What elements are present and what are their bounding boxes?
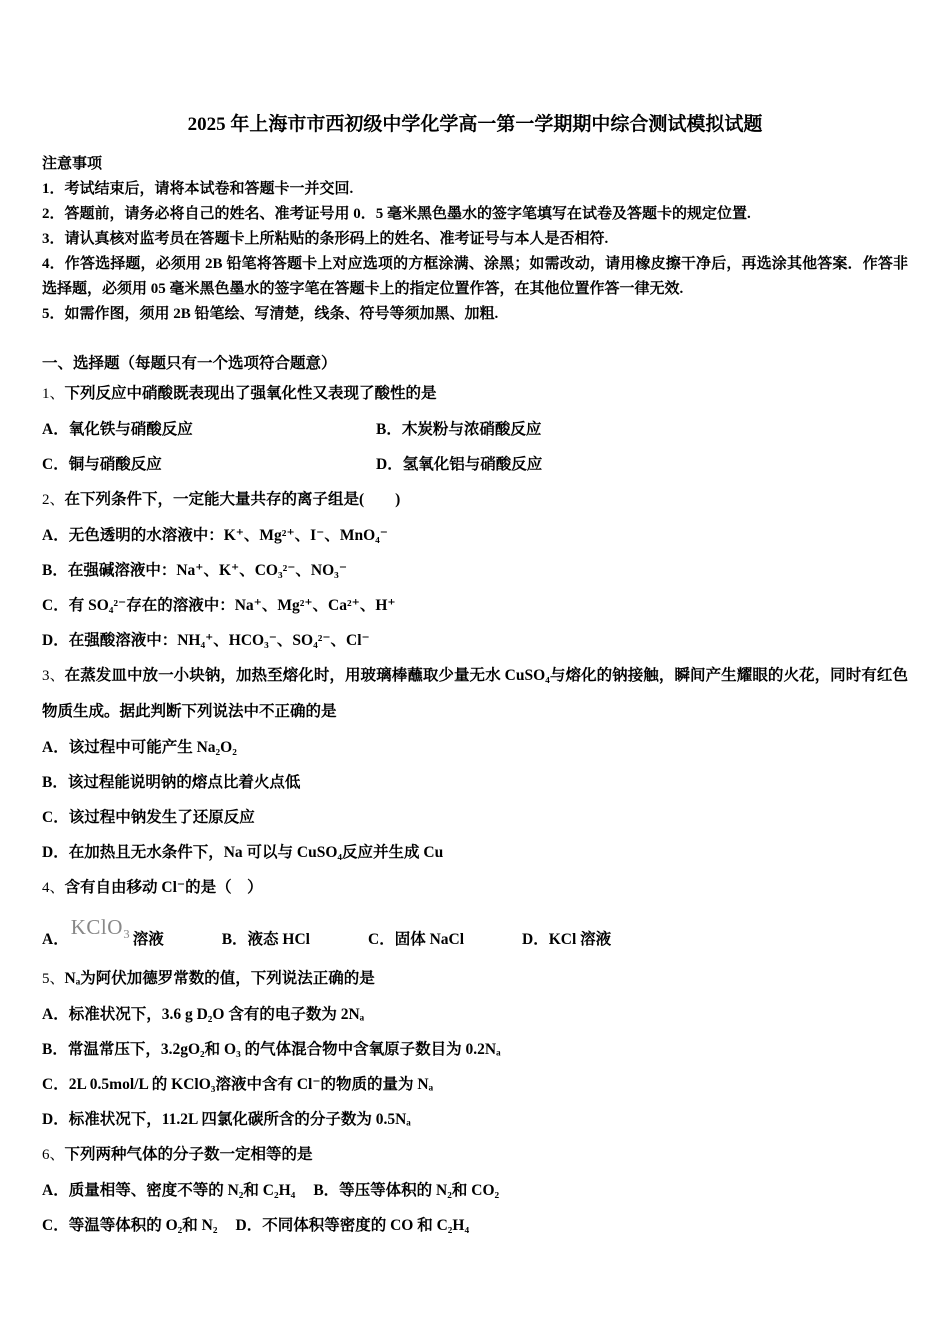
kclo3-formula: KClO₃ — [71, 915, 131, 939]
question-4-options: A．KClO₃溶液B．液态 HClC．固体 NaClD．KCl 溶液 — [42, 906, 908, 961]
question-3-option-a: A．该过程中可能产生 Na₂O₂ — [42, 730, 908, 765]
question-4-option-d: D．KCl 溶液 — [522, 931, 611, 948]
question-3-option-d: D．在加热且无水条件下，Na 可以与 CuSO₄反应并生成 Cu — [42, 835, 908, 870]
question-1-text: 下列反应中硝酸既表现出了强氧化性又表现了酸性的是 — [65, 385, 437, 402]
question-2-option-c: C．有 SO₄²⁻存在的溶液中：Na⁺、Mg²⁺、Ca²⁺、H⁺ — [42, 588, 908, 623]
question-6-option-d: D．不同体积等密度的 CO 和 C₂H₄ — [236, 1217, 470, 1234]
question-5-option-a: A．标准状况下，3.6 g D₂O 含有的电子数为 2Nₐ — [42, 997, 908, 1032]
notice-item-2: 2．答题前，请务必将自己的姓名、准考证号用 0．5 毫米黑色墨水的签字笔填写在试… — [42, 202, 908, 227]
question-3-option-b: B．该过程能说明钠的熔点比着火点低 — [42, 765, 908, 800]
question-2-text: 在下列条件下，一定能大量共存的离子组是( ) — [65, 491, 401, 508]
question-4-stem: 4、含有自由移动 Cl⁻的是（ ） — [42, 870, 908, 906]
question-3-option-c: C．该过程中钠发生了还原反应 — [42, 800, 908, 835]
question-6-option-c: C．等温等体积的 O₂和 N₂ — [42, 1217, 218, 1234]
notice-section: 注意事项 1．考试结束后，请将本试卷和答题卡一并交回. 2．答题前，请务必将自己… — [42, 152, 908, 327]
page-title: 2025 年上海市市西初级中学化学高一第一学期期中综合测试模拟试题 — [42, 112, 908, 138]
question-1-stem: 1、下列反应中硝酸既表现出了强氧化性又表现了酸性的是 — [42, 376, 908, 412]
question-4-option-b: B．液态 HCl — [222, 931, 310, 948]
notice-header: 注意事项 — [42, 152, 908, 177]
question-4-option-a-label: A． — [42, 931, 69, 948]
question-1-option-c: C．铜与硝酸反应 — [42, 447, 376, 482]
notice-item-4: 4．作答选择题，必须用 2B 铅笔将答题卡上对应选项的方框涂满、涂黑；如需改动，… — [42, 252, 908, 302]
question-2: 2、在下列条件下，一定能大量共存的离子组是( ) A．无色透明的水溶液中：K⁺、… — [42, 482, 908, 658]
question-4-text: 含有自由移动 Cl⁻的是（ ） — [65, 879, 263, 896]
question-1-option-b: B．木炭粉与浓硝酸反应 — [376, 412, 908, 447]
question-5-stem: 5、Nₐ为阿伏加德罗常数的值，下列说法正确的是 — [42, 961, 908, 997]
question-5-option-b: B．常温常压下，3.2gO₂和 O₃ 的气体混合物中含氧原子数目为 0.2Nₐ — [42, 1032, 908, 1067]
question-6-text: 下列两种气体的分子数一定相等的是 — [65, 1146, 313, 1163]
question-4-number: 4、 — [42, 880, 65, 896]
question-1-option-d: D．氢氧化铝与硝酸反应 — [376, 447, 908, 482]
question-6-number: 6、 — [42, 1147, 65, 1163]
question-1-option-a: A．氧化铁与硝酸反应 — [42, 412, 376, 447]
question-2-option-d: D．在强酸溶液中：NH₄⁺、HCO₃⁻、SO₄²⁻、Cl⁻ — [42, 623, 908, 658]
question-5: 5、Nₐ为阿伏加德罗常数的值，下列说法正确的是 A．标准状况下，3.6 g D₂… — [42, 961, 908, 1137]
question-6-options-row-2: C．等温等体积的 O₂和 N₂D．不同体积等密度的 CO 和 C₂H₄ — [42, 1208, 908, 1243]
question-1-number: 1、 — [42, 386, 65, 402]
question-4-option-a-suffix: 溶液 — [133, 931, 164, 948]
question-6: 6、下列两种气体的分子数一定相等的是 A．质量相等、密度不等的 N₂和 C₂H₄… — [42, 1137, 908, 1243]
question-6-stem: 6、下列两种气体的分子数一定相等的是 — [42, 1137, 908, 1173]
question-1: 1、下列反应中硝酸既表现出了强氧化性又表现了酸性的是 A．氧化铁与硝酸反应 B．… — [42, 376, 908, 482]
question-3-number: 3、 — [42, 668, 65, 684]
question-1-options: A．氧化铁与硝酸反应 B．木炭粉与浓硝酸反应 C．铜与硝酸反应 D．氢氧化铝与硝… — [42, 412, 908, 482]
section-heading-choice: 一、选择题（每题只有一个选项符合题意） — [42, 351, 908, 376]
question-5-number: 5、 — [42, 971, 65, 987]
question-5-text: Nₐ为阿伏加德罗常数的值，下列说法正确的是 — [65, 970, 375, 987]
question-2-option-b: B．在强碱溶液中：Na⁺、K⁺、CO₃²⁻、NO₃⁻ — [42, 553, 908, 588]
question-3-text: 在蒸发皿中放一小块钠，加热至熔化时，用玻璃棒蘸取少量无水 CuSO₄与熔化的钠接… — [42, 667, 908, 720]
notice-item-3: 3．请认真核对监考员在答题卡上所粘贴的条形码上的姓名、准考证号与本人是否相符. — [42, 227, 908, 252]
notice-item-5: 5．如需作图，须用 2B 铅笔绘、写清楚，线条、符号等须加黑、加粗. — [42, 302, 908, 327]
question-4: 4、含有自由移动 Cl⁻的是（ ） A．KClO₃溶液B．液态 HClC．固体 … — [42, 870, 908, 961]
exam-paper-page: 2025 年上海市市西初级中学化学高一第一学期期中综合测试模拟试题 注意事项 1… — [0, 0, 950, 1344]
question-4-option-a: A．KClO₃溶液 — [42, 931, 164, 948]
question-5-option-c: C．2L 0.5mol/L 的 KClO₃溶液中含有 Cl⁻的物质的量为 Nₐ — [42, 1067, 908, 1102]
notice-item-1: 1．考试结束后，请将本试卷和答题卡一并交回. — [42, 177, 908, 202]
question-6-options-row-1: A．质量相等、密度不等的 N₂和 C₂H₄B．等压等体积的 N₂和 CO₂ — [42, 1173, 908, 1208]
question-2-number: 2、 — [42, 492, 65, 508]
question-5-option-d: D．标准状况下，11.2L 四氯化碳所含的分子数为 0.5Nₐ — [42, 1102, 908, 1137]
question-6-option-a: A．质量相等、密度不等的 N₂和 C₂H₄ — [42, 1182, 295, 1199]
question-6-option-b: B．等压等体积的 N₂和 CO₂ — [313, 1182, 499, 1199]
question-3: 3、在蒸发皿中放一小块钠，加热至熔化时，用玻璃棒蘸取少量无水 CuSO₄与熔化的… — [42, 658, 908, 870]
question-3-stem: 3、在蒸发皿中放一小块钠，加热至熔化时，用玻璃棒蘸取少量无水 CuSO₄与熔化的… — [42, 658, 908, 730]
question-4-option-c: C．固体 NaCl — [368, 931, 464, 948]
question-2-stem: 2、在下列条件下，一定能大量共存的离子组是( ) — [42, 482, 908, 518]
question-2-option-a: A．无色透明的水溶液中：K⁺、Mg²⁺、I⁻、MnO₄⁻ — [42, 518, 908, 553]
